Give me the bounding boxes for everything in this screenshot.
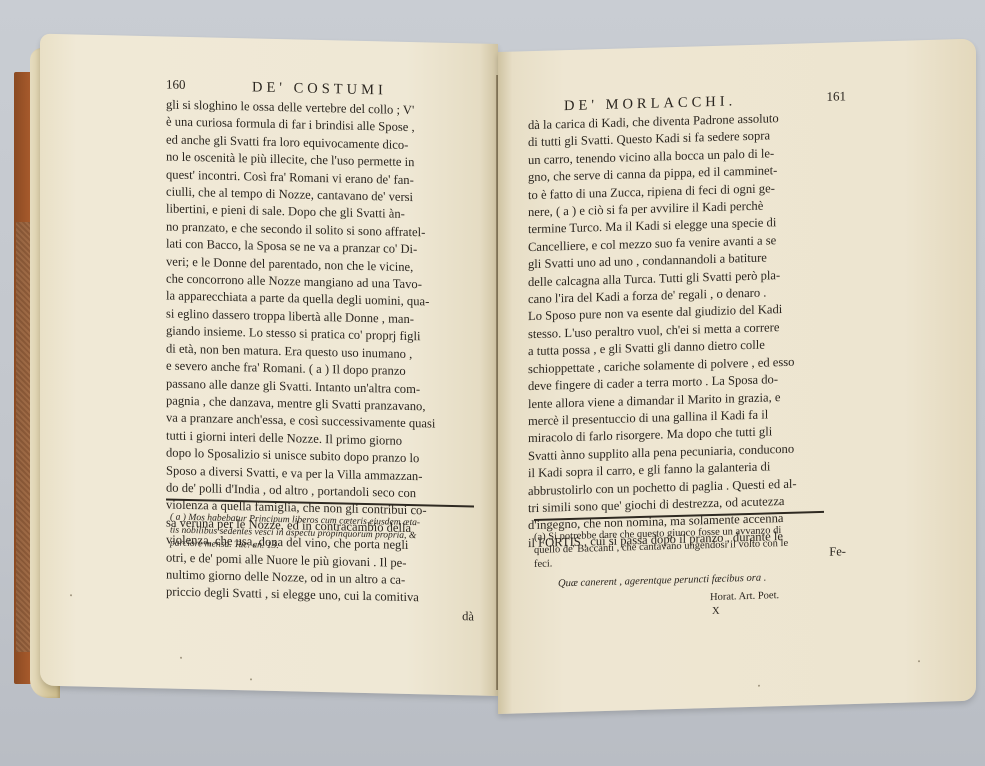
foxing-spot <box>758 685 760 687</box>
footnote: ( a ) Mos habebatur Principum liberos cu… <box>170 511 472 557</box>
left-page: 160 DE' COSTUMI gli si sloghino le ossa … <box>40 34 498 696</box>
right-page: DE' MORLACCHI. 161 dà la carica di Kadi,… <box>498 39 976 714</box>
foxing-spot <box>70 594 72 596</box>
marbled-board <box>16 222 30 652</box>
body-text: dà la carica di Kadi, che diventa Padron… <box>528 108 846 569</box>
latin-quote: Quæ canerent , agerentque peruncti fæcib… <box>558 571 818 589</box>
running-title: DE' COSTUMI <box>252 79 387 99</box>
page-number: 161 <box>827 88 847 105</box>
foxing-spot <box>250 678 252 680</box>
quote-attribution: Horat. Art. Poet. <box>710 590 779 603</box>
running-title: DE' MORLACCHI. <box>564 93 736 115</box>
right-page-text: DE' MORLACCHI. 161 dà la carica di Kadi,… <box>528 86 846 569</box>
foxing-spot <box>180 657 182 659</box>
page-number: 160 <box>166 76 186 92</box>
foxing-spot <box>918 660 920 662</box>
signature-mark: X <box>712 606 720 617</box>
footnote: (a) Si potrebbe dare che questo giuoco f… <box>534 523 834 572</box>
